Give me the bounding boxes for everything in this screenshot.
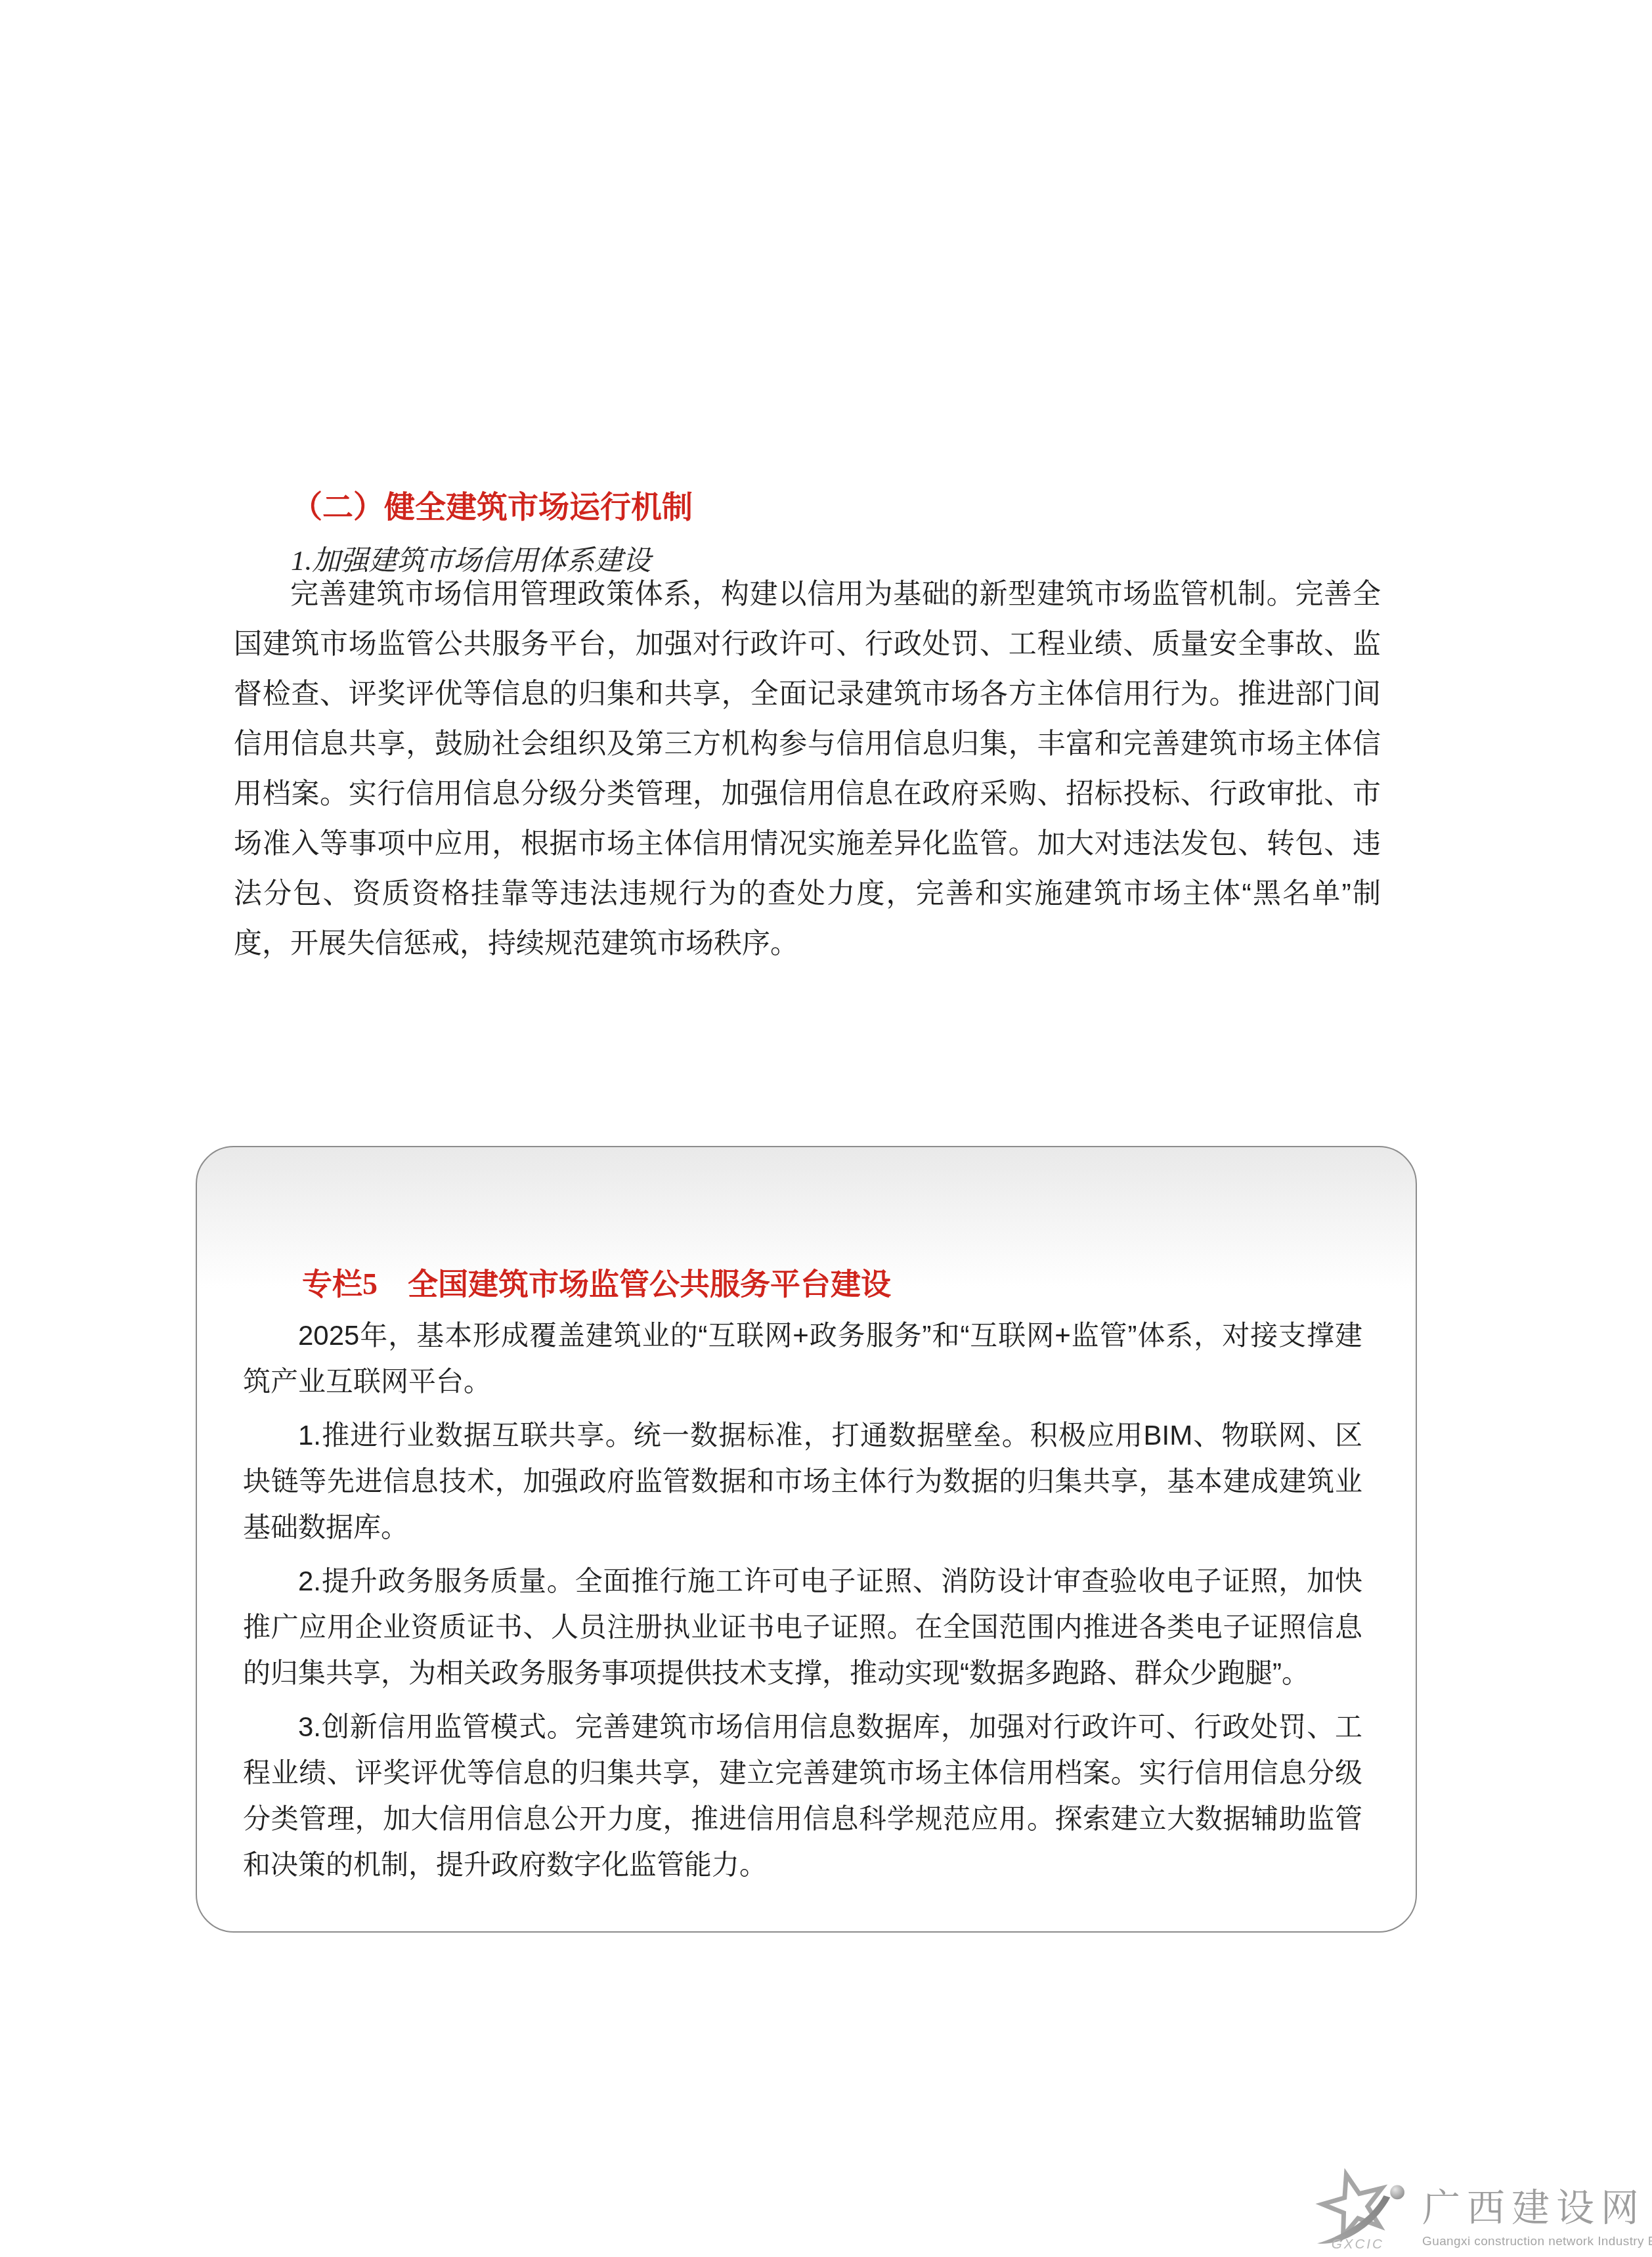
callout-paragraph: 2025年，基本形成覆盖建筑业的“互联网+政务服务”和“互联网+监管”体系，对接… bbox=[243, 1313, 1362, 1405]
watermark: GXCIC 广西建设网 Guangxi construction network… bbox=[1308, 2168, 1652, 2252]
star-logo-icon: GXCIC bbox=[1308, 2168, 1412, 2252]
star-shape bbox=[1322, 2175, 1381, 2237]
watermark-subtitle: Guangxi construction network Industry Ed… bbox=[1422, 2235, 1652, 2249]
sphere-icon bbox=[1390, 2185, 1404, 2200]
callout-paragraph: 1.推进行业数据互联共享。统一数据标准，打通数据壁垒。积极应用BIM、物联网、区… bbox=[243, 1413, 1362, 1550]
callout-paragraph: 2.提升政务服务质量。全面推行施工许可电子证照、消防设计审查验收电子证照，加快推… bbox=[243, 1558, 1362, 1696]
watermark-site-name: 广西建设网 bbox=[1422, 2189, 1652, 2227]
callout-body: 2025年，基本形成覆盖建筑业的“互联网+政务服务”和“互联网+监管”体系，对接… bbox=[243, 1313, 1362, 1896]
watermark-text: 广西建设网 Guangxi construction network Indus… bbox=[1422, 2189, 1652, 2249]
body-paragraph: 完善建筑市场信用管理政策体系，构建以信用为基础的新型建筑市场监管机制。完善全国建… bbox=[234, 569, 1381, 969]
document-page: （二）健全建筑市场运行机制 1.加强建筑市场信用体系建设 完善建筑市场信用管理政… bbox=[0, 0, 1652, 2257]
section-heading: （二）健全建筑市场运行机制 bbox=[292, 490, 693, 525]
callout-box: 专栏5 全国建筑市场监管公共服务平台建设 2025年，基本形成覆盖建筑业的“互联… bbox=[196, 1146, 1417, 1933]
watermark-acronym: GXCIC bbox=[1332, 2237, 1384, 2252]
callout-paragraph: 3.创新信用监管模式。完善建筑市场信用信息数据库，加强对行政许可、行政处罚、工程… bbox=[243, 1704, 1362, 1888]
callout-title: 专栏5 全国建筑市场监管公共服务平台建设 bbox=[302, 1260, 891, 1304]
